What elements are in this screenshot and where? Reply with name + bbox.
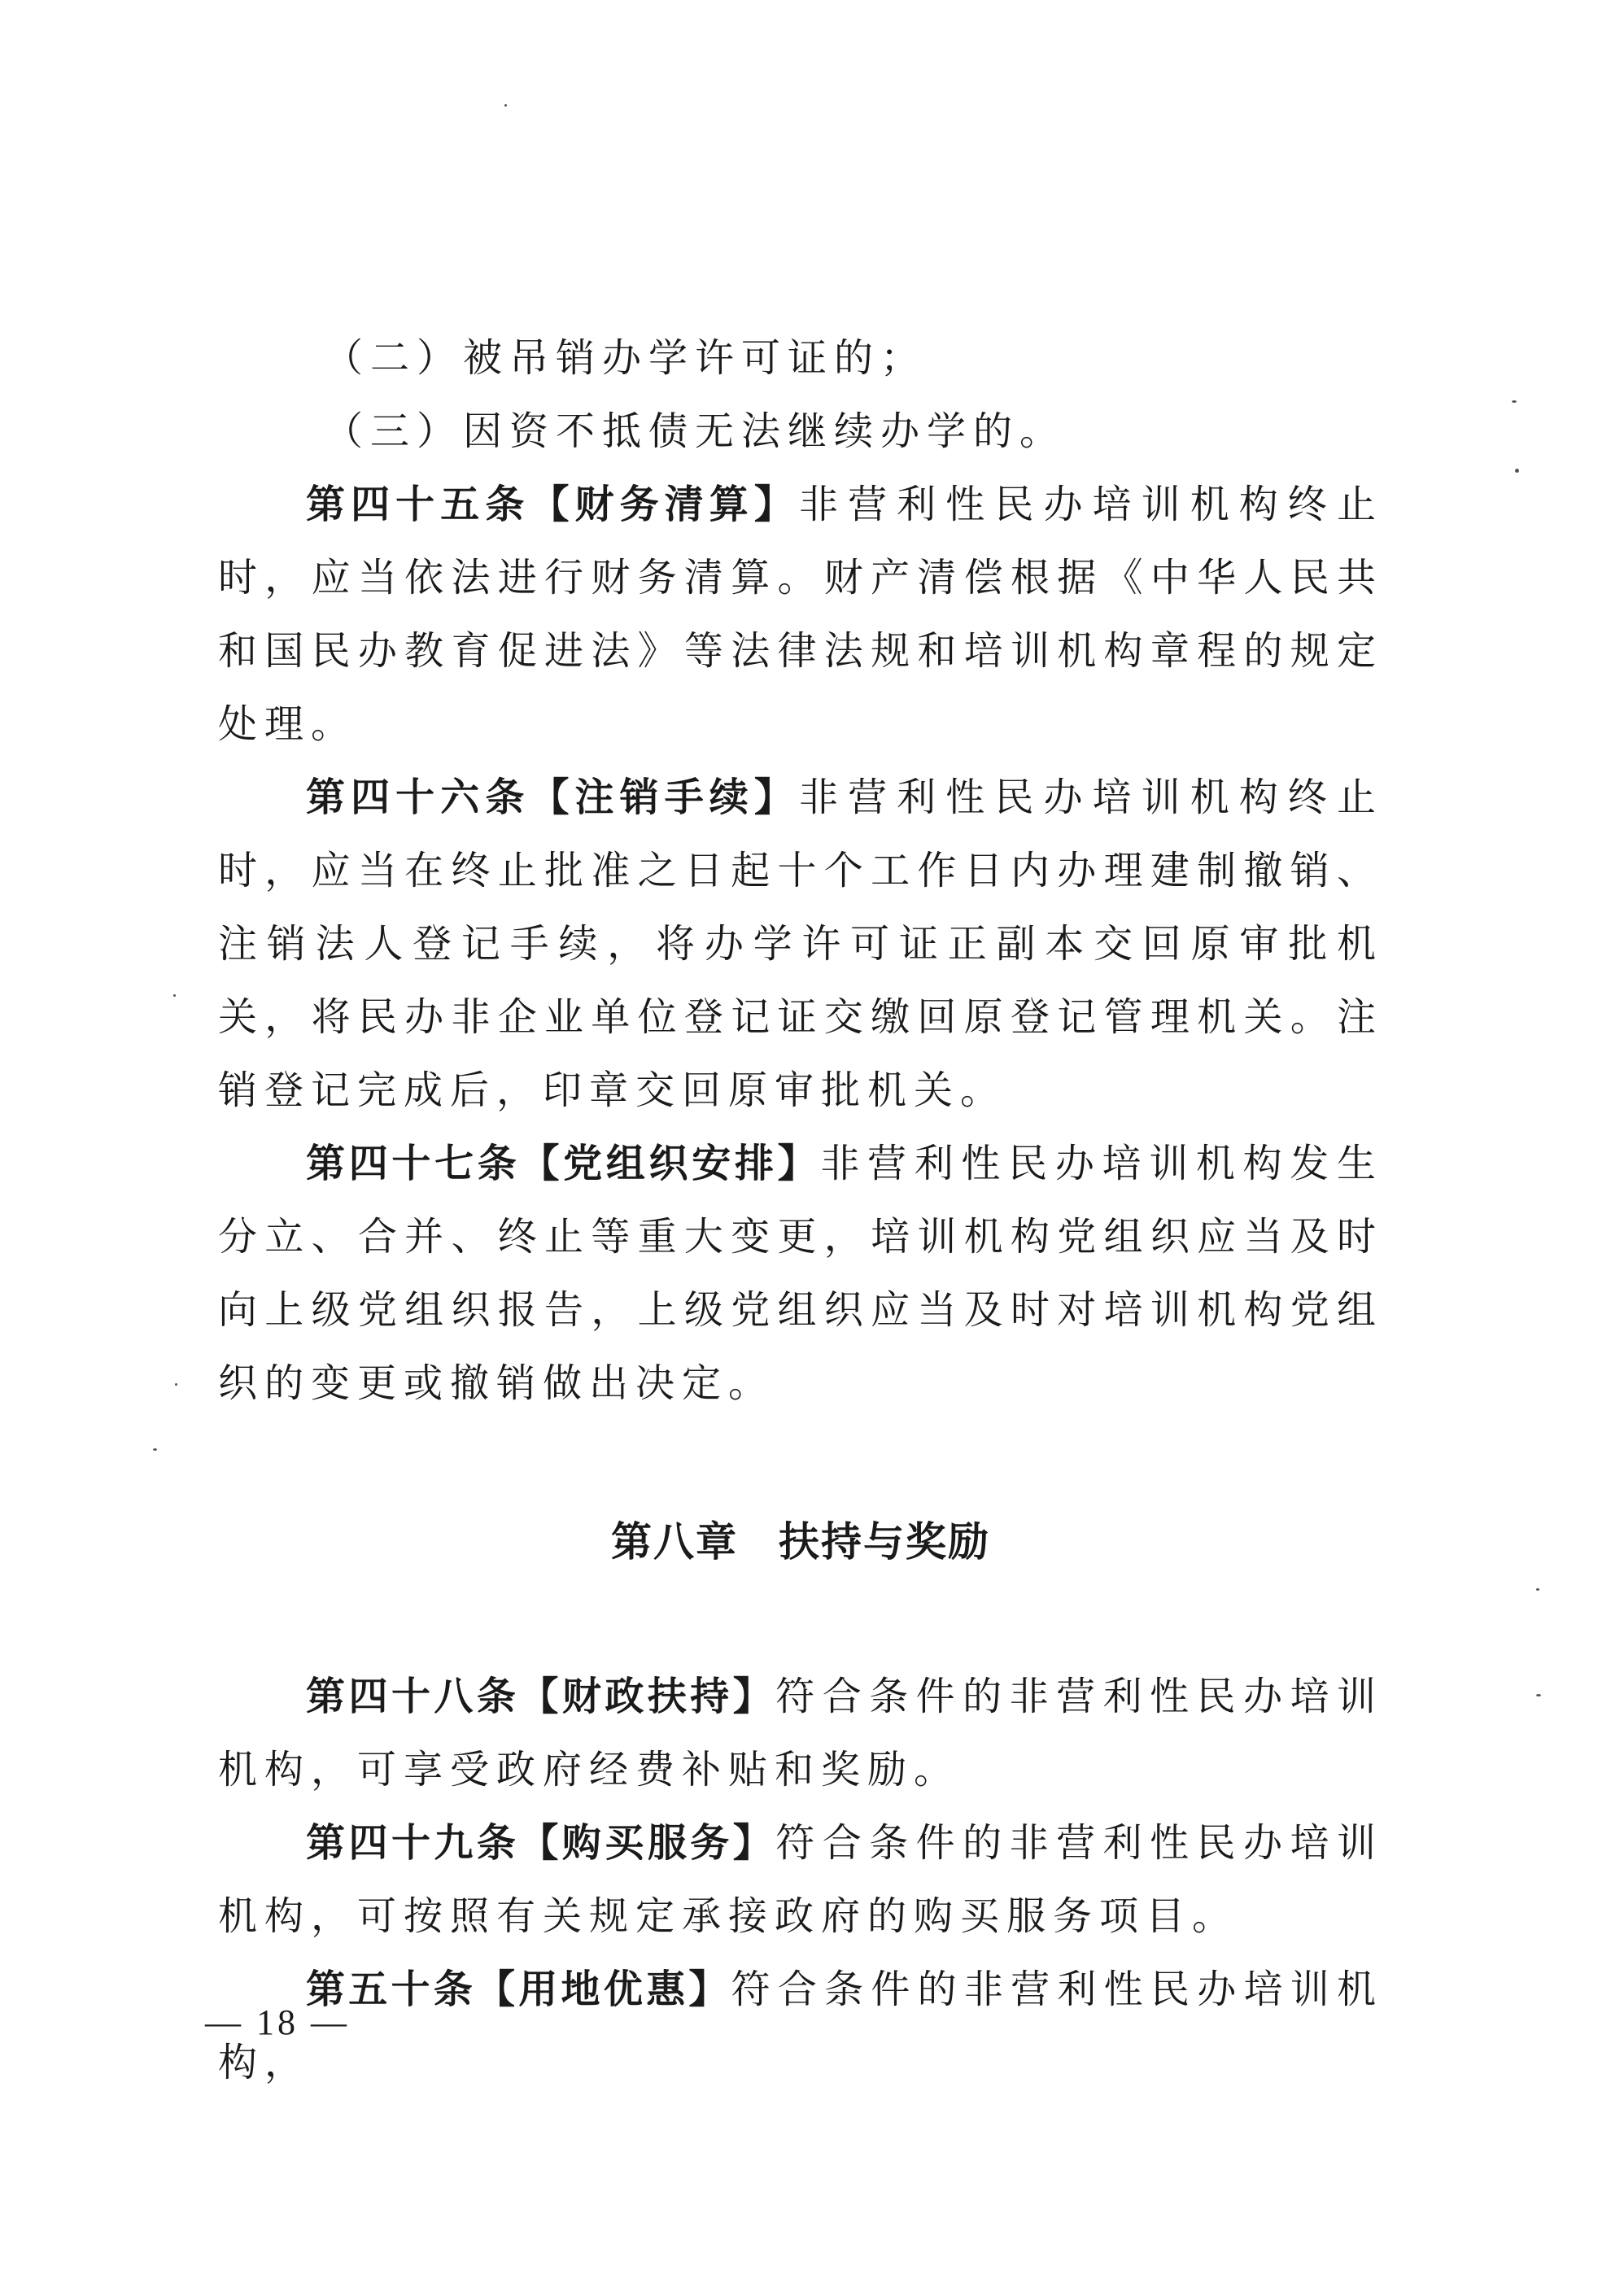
chapter-title: 扶持与奖励 — [779, 1518, 990, 1565]
article-50: 第五十条【用地优惠】符合条件的非营利性民办培训机构， — [218, 1953, 1383, 2099]
article-46: 第四十六条【注销手续】非营利性民办培训机构终止时，应当在终止批准之日起十个工作日… — [218, 761, 1383, 1127]
scan-speck — [1512, 400, 1517, 403]
scan-speck — [1515, 469, 1519, 473]
article-title: 第四十七条【党组织安排】 — [306, 1141, 820, 1186]
article-47: 第四十七条【党组织安排】非营利性民办培训机构发生分立、合并、终止等重大变更，培训… — [218, 1127, 1383, 1420]
scan-speck — [1536, 1588, 1539, 1591]
article-title: 第四十六条【注销手续】 — [306, 775, 799, 820]
article-48: 第四十八条【财政扶持】符合条件的非营利性民办培训机构，可享受政府经费补贴和奖励。 — [218, 1660, 1383, 1806]
list-item: （三）因资不抵债无法继续办学的。 — [218, 395, 1383, 468]
article-title: 第五十条【用地优惠】 — [306, 1967, 731, 2012]
page-number: — 18 — — [205, 2002, 350, 2043]
article-title: 第四十五条【财务清算】 — [306, 482, 799, 527]
scan-speck — [173, 994, 176, 997]
article-49: 第四十九条【购买服务】符合条件的非营利性民办培训机构，可按照有关规定承接政府的购… — [218, 1806, 1383, 1953]
article-title: 第四十八条【财政扶持】 — [306, 1674, 775, 1719]
chapter-number: 第八章 — [611, 1518, 738, 1565]
article-title: 第四十九条【购买服务】 — [306, 1820, 775, 1866]
scan-speck — [504, 104, 507, 107]
document-page: （二）被吊销办学许可证的； （三）因资不抵债无法继续办学的。 第四十五条【财务清… — [0, 0, 1624, 2288]
article-45: 第四十五条【财务清算】非营利性民办培训机构终止时，应当依法进行财务清算。财产清偿… — [218, 468, 1383, 761]
scan-speck — [175, 1383, 177, 1386]
scan-speck — [153, 1448, 157, 1451]
scan-speck — [1536, 1694, 1541, 1696]
list-item: （二）被吊销办学许可证的； — [218, 321, 1383, 395]
document-body: （二）被吊销办学许可证的； （三）因资不抵债无法继续办学的。 第四十五条【财务清… — [218, 321, 1383, 2099]
chapter-heading: 第八章扶持与奖励 — [218, 1505, 1383, 1578]
article-body: 非营利性民办培训机构终止时，应当在终止批准之日起十个工作日内办理建制撤销、注销法… — [218, 775, 1383, 1113]
